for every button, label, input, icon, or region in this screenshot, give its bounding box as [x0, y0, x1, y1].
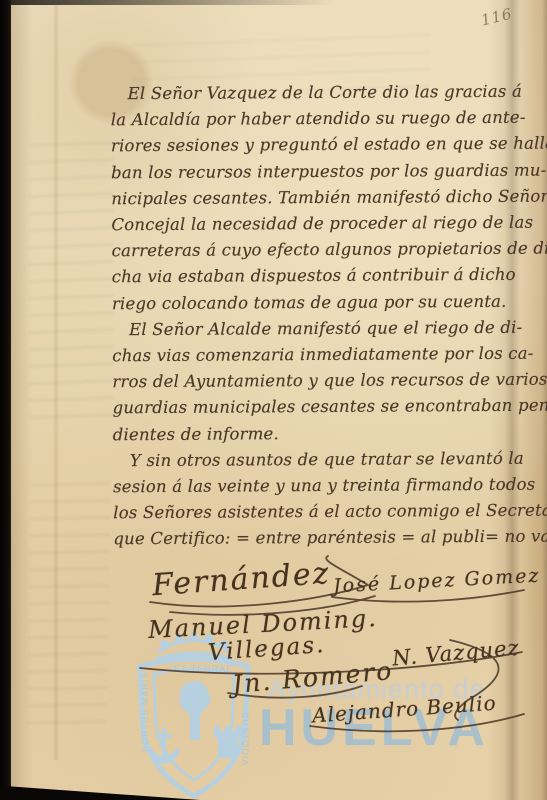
- manuscript-line: cha via estaban dispuestos á contribuir …: [112, 262, 516, 291]
- manuscript-line: que Certifico: = entre paréntesis = al p…: [113, 524, 517, 553]
- manuscript-line: riego colocando tomas de agua por su cue…: [112, 288, 516, 317]
- manuscript-line: riores sesiones y preguntó el estado en …: [111, 131, 515, 160]
- manuscript-line: los Señores asistentes á el acto conmigo…: [113, 498, 517, 527]
- manuscript-line: carreteras á cuyo efecto algunos propiet…: [112, 236, 516, 265]
- crest-motto-right: CUSTODIA: [240, 712, 250, 766]
- manuscript-line: nicipales cesantes. También manifestó di…: [111, 184, 515, 213]
- ink-bleedthrough: [29, 130, 114, 430]
- book-binding-edge: [0, 0, 11, 800]
- manuscript-line: Concejal la necesidad de proceder al rie…: [111, 210, 515, 239]
- manuscript-line: Y sin otros asuntos de que tratar se lev…: [113, 446, 517, 475]
- manuscript-line: sesion á las veinte y una y treinta firm…: [113, 472, 517, 501]
- manuscript-line: dientes de informe.: [113, 419, 517, 448]
- scanned-manuscript-page: 116 ET TERRAE PORTUS MARIS CUSTODIA Ayun…: [0, 0, 547, 800]
- manuscript-line: El Señor Alcalde manifestó que el riego …: [112, 315, 516, 344]
- crest-motto-left: PORTUS MARIS: [140, 672, 150, 752]
- crest-motto-top: ET TERRAE: [174, 664, 233, 674]
- manuscript-line: El Señor Vazquez de la Corte dio las gra…: [111, 79, 515, 108]
- ink-bleedthrough: [27, 469, 112, 730]
- manuscript-text-block: El Señor Vazquez de la Corte dio las gra…: [111, 79, 518, 553]
- manuscript-line: chas vias comenzaria inmediatamente por …: [112, 341, 516, 370]
- manuscript-line: la Alcaldía por haber atendido su ruego …: [111, 105, 515, 134]
- manuscript-line: guardias municipales cesantes se encontr…: [112, 393, 516, 422]
- manuscript-line: rros del Ayuntamiento y que los recursos…: [112, 367, 516, 396]
- manuscript-line: ban los recursos interpuestos por los gu…: [111, 157, 515, 186]
